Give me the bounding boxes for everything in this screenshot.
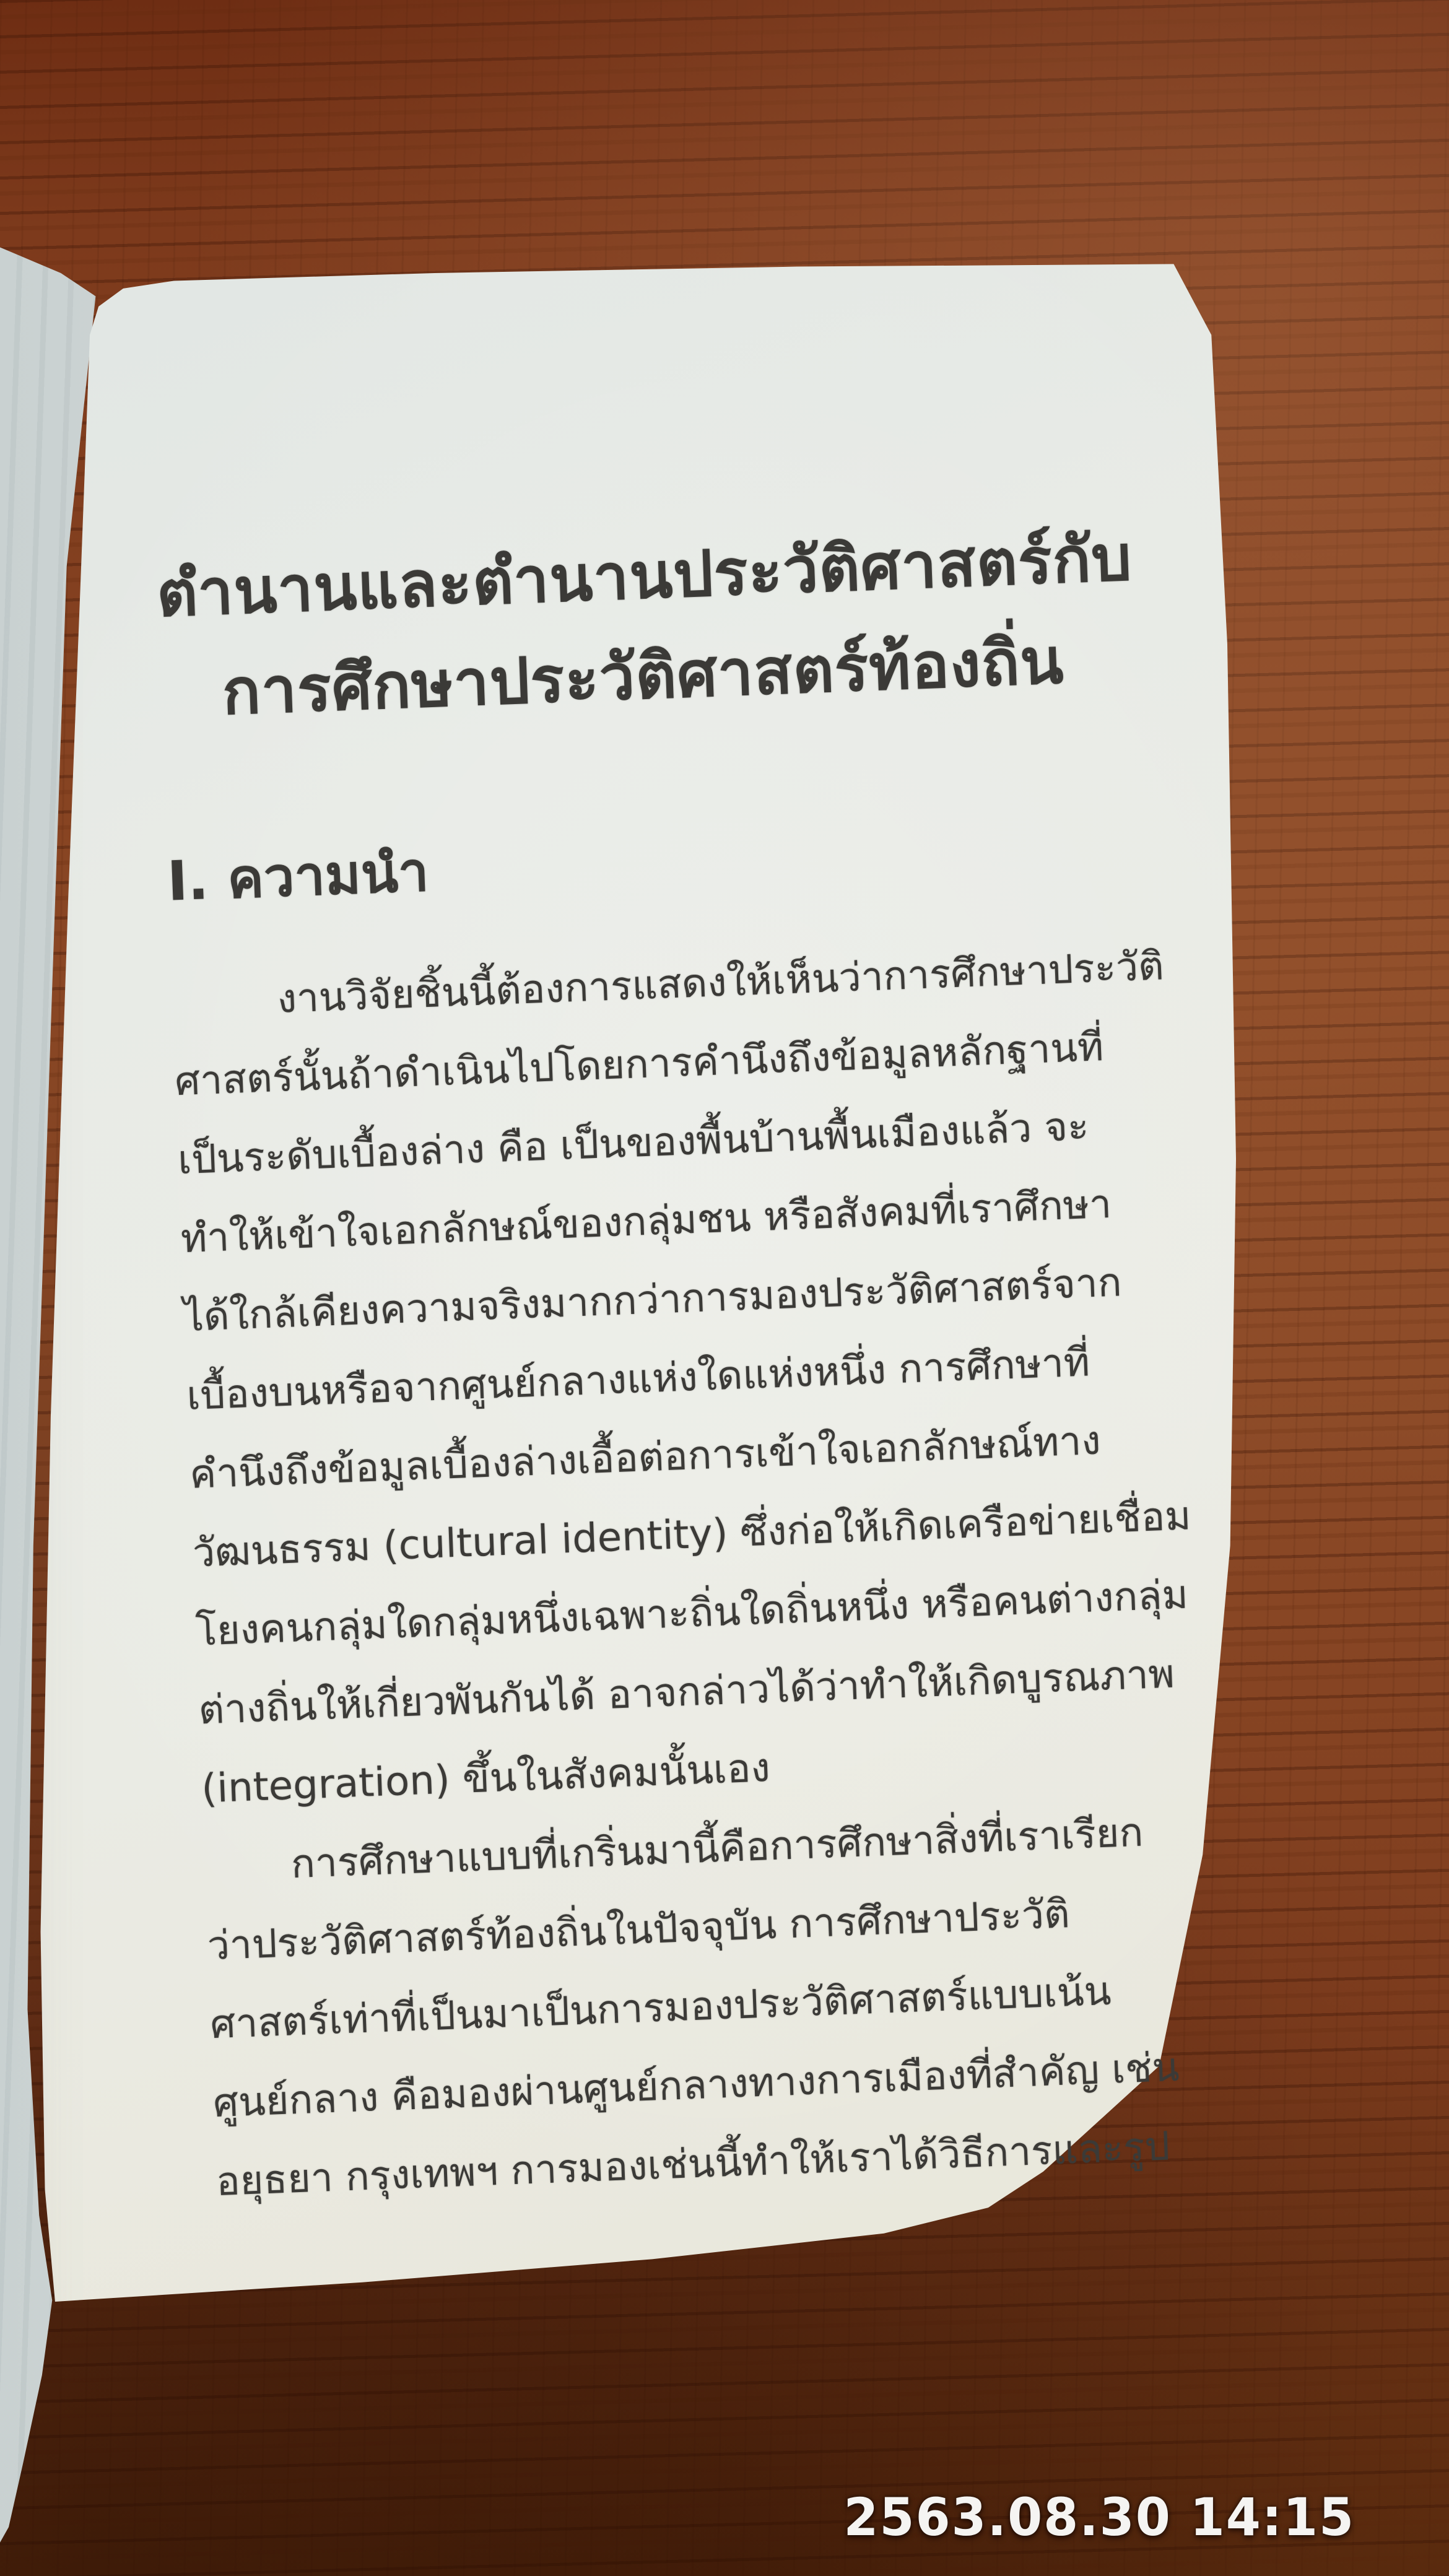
paragraph-1: งานวิจัยชิ้นนี้ต้องการแสดงให้เห็นว่าการศ… [170,928,1168,1829]
section-heading: I. ความนำ [166,813,1134,913]
camera-timestamp: 2563.08.30 14:15 [843,2487,1355,2548]
book-photo: ตำนานและตำนานประวัติศาสตร์กับ การศึกษาปร… [0,0,1449,2576]
page-content: ตำนานและตำนานประวัติศาสตร์กับ การศึกษาปร… [155,508,1183,2222]
paragraph-2: การศึกษาแบบที่เกริ่นมานี้คือการศึกษาสิ่ง… [203,1793,1183,2222]
